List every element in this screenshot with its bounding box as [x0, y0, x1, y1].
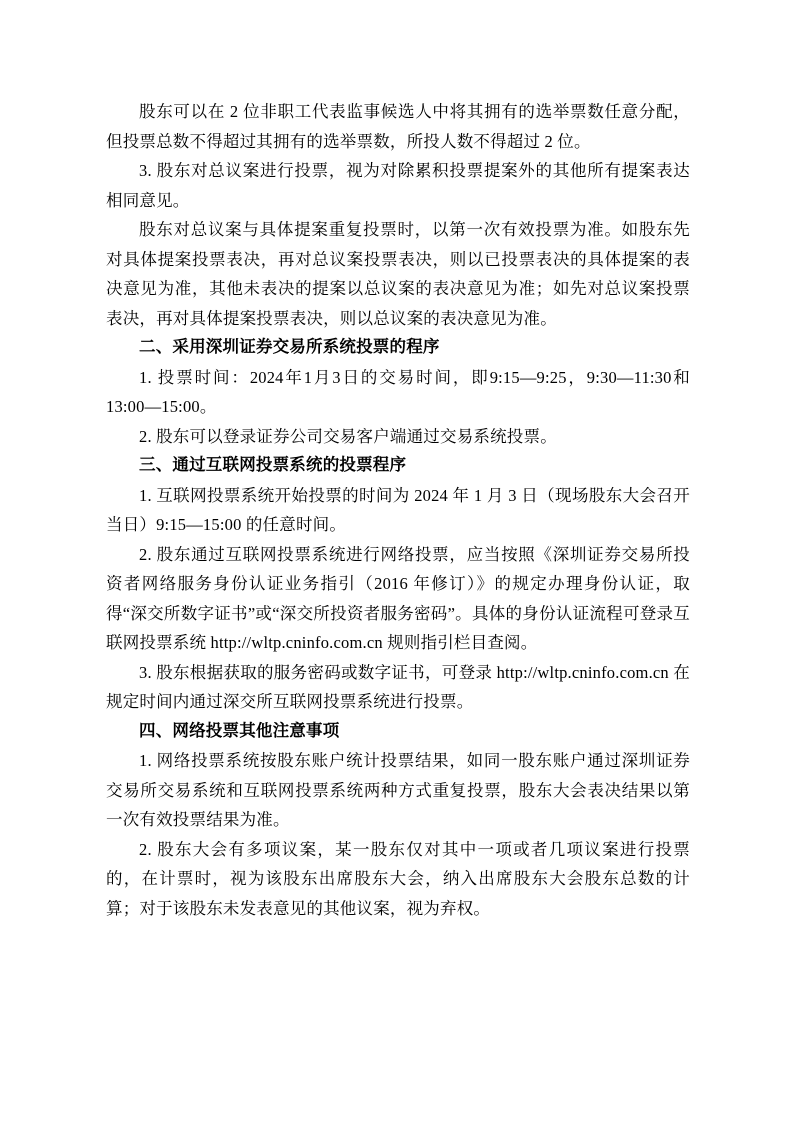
- paragraph-login-and-vote: 3. 股东根据获取的服务密码或数字证书，可登录 http://wltp.cnin…: [106, 658, 690, 717]
- document-page: 股东可以在 2 位非职工代表监事候选人中将其拥有的选举票数任意分配，但投票总数不…: [0, 0, 793, 1122]
- paragraph-partial-vote-abstain: 2. 股东大会有多项议案，某一股东仅对其中一项或者几项议案进行投票的，在计票时，…: [106, 835, 690, 924]
- paragraph-duplicate-vote-rule: 股东对总议案与具体提案重复投票时，以第一次有效投票为准。如股东先对具体提案投票表…: [106, 215, 690, 333]
- heading-section-3-internet-voting: 三、通过互联网投票系统的投票程序: [106, 451, 690, 481]
- paragraph-voting-time: 1. 投票时间：2024年1月3日的交易时间，即9:15—9:25，9:30—1…: [106, 363, 690, 422]
- paragraph-broker-client-voting: 2. 股东可以登录证券公司交易客户端通过交易系统投票。: [106, 422, 690, 452]
- paragraph-identity-authentication: 2. 股东通过互联网投票系统进行网络投票，应当按照《深圳证券交易所投资者网络服务…: [106, 540, 690, 658]
- paragraph-general-proposal-vote: 3. 股东对总议案进行投票，视为对除累积投票提案外的其他所有提案表达相同意见。: [106, 156, 690, 215]
- paragraph-cumulative-vote-allocation: 股东可以在 2 位非职工代表监事候选人中将其拥有的选举票数任意分配，但投票总数不…: [106, 97, 690, 156]
- paragraph-account-duplicate-vote: 1. 网络投票系统按股东账户统计投票结果，如同一股东账户通过深圳证券交易所交易系…: [106, 746, 690, 835]
- paragraph-internet-voting-time: 1. 互联网投票系统开始投票的时间为 2024 年 1 月 3 日（现场股东大会…: [106, 481, 690, 540]
- heading-section-4-other-notes: 四、网络投票其他注意事项: [106, 717, 690, 747]
- heading-section-2-exchange-system: 二、采用深圳证券交易所系统投票的程序: [106, 333, 690, 363]
